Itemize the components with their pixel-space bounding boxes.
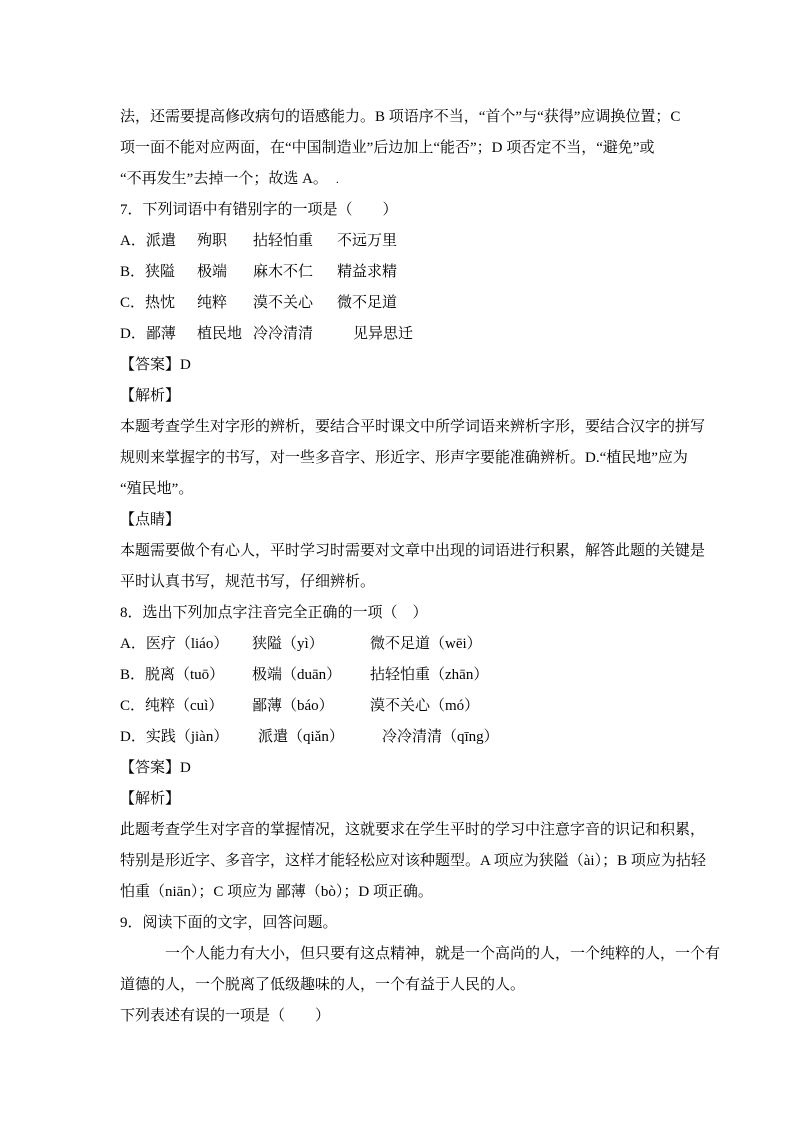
- question-7-stem: 7．下列词语中有错别字的一项是（ ）: [120, 195, 740, 226]
- document-content: 法，还需要提高修改病句的语感能力。B 项语序不当，“首个”与“获得”应调换位置；…: [120, 102, 740, 1032]
- prev-explanation-line-3: “不再发生”去掉一个；故选 A。.: [120, 164, 740, 195]
- question-7-answer: 【答案】D: [120, 350, 740, 381]
- option-word: 冷冷清清: [253, 319, 337, 350]
- option-word: 拈轻怕重: [253, 226, 337, 257]
- option-word: 冷冷清清（qīng）: [376, 722, 499, 753]
- option-word: 殉职: [197, 226, 253, 257]
- option-word: 极端: [197, 257, 253, 288]
- option-word: 麻木不仁: [253, 257, 337, 288]
- option-label-word: C．热忱: [120, 288, 197, 319]
- option-word: 不远万里: [337, 226, 397, 257]
- question-9-stem: 9．阅读下面的文字，回答问题。: [120, 908, 740, 939]
- prev-explanation-line-2: 项一面不能对应两面，在“中国制造业”后边加上“能否”；D 项否定不当，“避免”或: [120, 133, 740, 164]
- stray-period-mark: .: [328, 172, 339, 186]
- question-9-passage-line: 道德的人，一个脱离了低级趣味的人，一个有益于人民的人。: [120, 970, 740, 1001]
- question-7-option-c: C．热忱 纯粹 漠不关心 微不足道: [120, 288, 740, 319]
- question-8-analysis-line: 特别是形近字、多音字，这样才能轻松应对该种题型。A 项应为狭隘（ài）；B 项应…: [120, 846, 740, 877]
- question-7-tip-line: 本题需要做个有心人，平时学习时需要对文章中出现的词语进行积累，解答此题的关键是: [120, 536, 740, 567]
- option-word: 鄙薄（báo）: [252, 691, 370, 722]
- option-label-word: A．医疗（liáo）: [120, 629, 252, 660]
- question-9-passage-line: 一个人能力有大小，但只要有这点精神，就是一个高尚的人，一个纯粹的人，一个有: [120, 939, 740, 970]
- question-8-option-a: A．医疗（liáo） 狭隘（yì） 微不足道（wēi）: [120, 629, 740, 660]
- question-7-option-b: B．狭隘 极端 麻木不仁 精益求精: [120, 257, 740, 288]
- question-7-tip-heading: 【点睛】: [120, 505, 740, 536]
- prev-explanation-line-3-text: “不再发生”去掉一个；故选 A。: [120, 171, 328, 187]
- option-label-word: D．鄙薄: [120, 319, 197, 350]
- option-word: 见异思迁: [337, 319, 413, 350]
- question-7-analysis-heading: 【解析】: [120, 381, 740, 412]
- option-word: 漠不关心（mó）: [370, 691, 479, 722]
- question-7-option-d: D．鄙薄 植民地 冷冷清清 见异思迁: [120, 319, 740, 350]
- document-page: 法，还需要提高修改病句的语感能力。B 项语序不当，“首个”与“获得”应调换位置；…: [0, 0, 794, 1123]
- option-word: 微不足道（wēi）: [370, 629, 482, 660]
- option-label-word: B．狭隘: [120, 257, 197, 288]
- option-word: 极端（duān）: [252, 660, 370, 691]
- question-7-analysis-line: 本题考查学生对字形的辨析，要结合平时课文中所学词语来辨析字形，要结合汉字的拼写: [120, 412, 740, 443]
- question-7-tip-line: 平时认真书写，规范书写，仔细辨析。: [120, 567, 740, 598]
- option-word: 狭隘（yì）: [252, 629, 370, 660]
- question-9-sub-stem: 下列表述有误的一项是（ ）: [120, 1001, 740, 1032]
- question-7-option-a: A．派遣 殉职 拈轻怕重 不远万里: [120, 226, 740, 257]
- option-word: 纯粹: [197, 288, 253, 319]
- question-8-option-d: D．实践（jiàn） 派遣（qiǎn） 冷冷清清（qīng）: [120, 722, 740, 753]
- option-word: 精益求精: [337, 257, 397, 288]
- option-word: 微不足道: [337, 288, 397, 319]
- option-label-word: D．实践（jiàn）: [120, 722, 252, 753]
- prev-explanation-line-1: 法，还需要提高修改病句的语感能力。B 项语序不当，“首个”与“获得”应调换位置；…: [120, 102, 740, 133]
- question-8-stem: 8．选出下列加点字注音完全正确的一项（ ）: [120, 598, 740, 629]
- question-8-analysis-line: 怕重（niān）；C 项应为 鄙薄（bò）；D 项正确。: [120, 877, 740, 908]
- question-8-analysis-heading: 【解析】: [120, 784, 740, 815]
- option-word: 漠不关心: [253, 288, 337, 319]
- option-word: 植民地: [197, 319, 253, 350]
- option-label-word: C．纯粹（cuì）: [120, 691, 252, 722]
- option-word: 拈轻怕重（zhān）: [370, 660, 488, 691]
- question-8-option-b: B．脱离（tuō） 极端（duān） 拈轻怕重（zhān）: [120, 660, 740, 691]
- option-label-word: B．脱离（tuō）: [120, 660, 252, 691]
- option-word: 派遣（qiǎn）: [252, 722, 376, 753]
- question-7-analysis-line: “殖民地”。: [120, 474, 740, 505]
- question-8-option-c: C．纯粹（cuì） 鄙薄（báo） 漠不关心（mó）: [120, 691, 740, 722]
- question-7-analysis-line: 规则来掌握字的书写，对一些多音字、形近字、形声字要能准确辨析。D.“植民地”应为: [120, 443, 740, 474]
- question-8-answer: 【答案】D: [120, 753, 740, 784]
- option-label-word: A．派遣: [120, 226, 197, 257]
- question-8-analysis-line: 此题考查学生对字音的掌握情况，这就要求在学生平时的学习中注意字音的识记和积累，: [120, 815, 740, 846]
